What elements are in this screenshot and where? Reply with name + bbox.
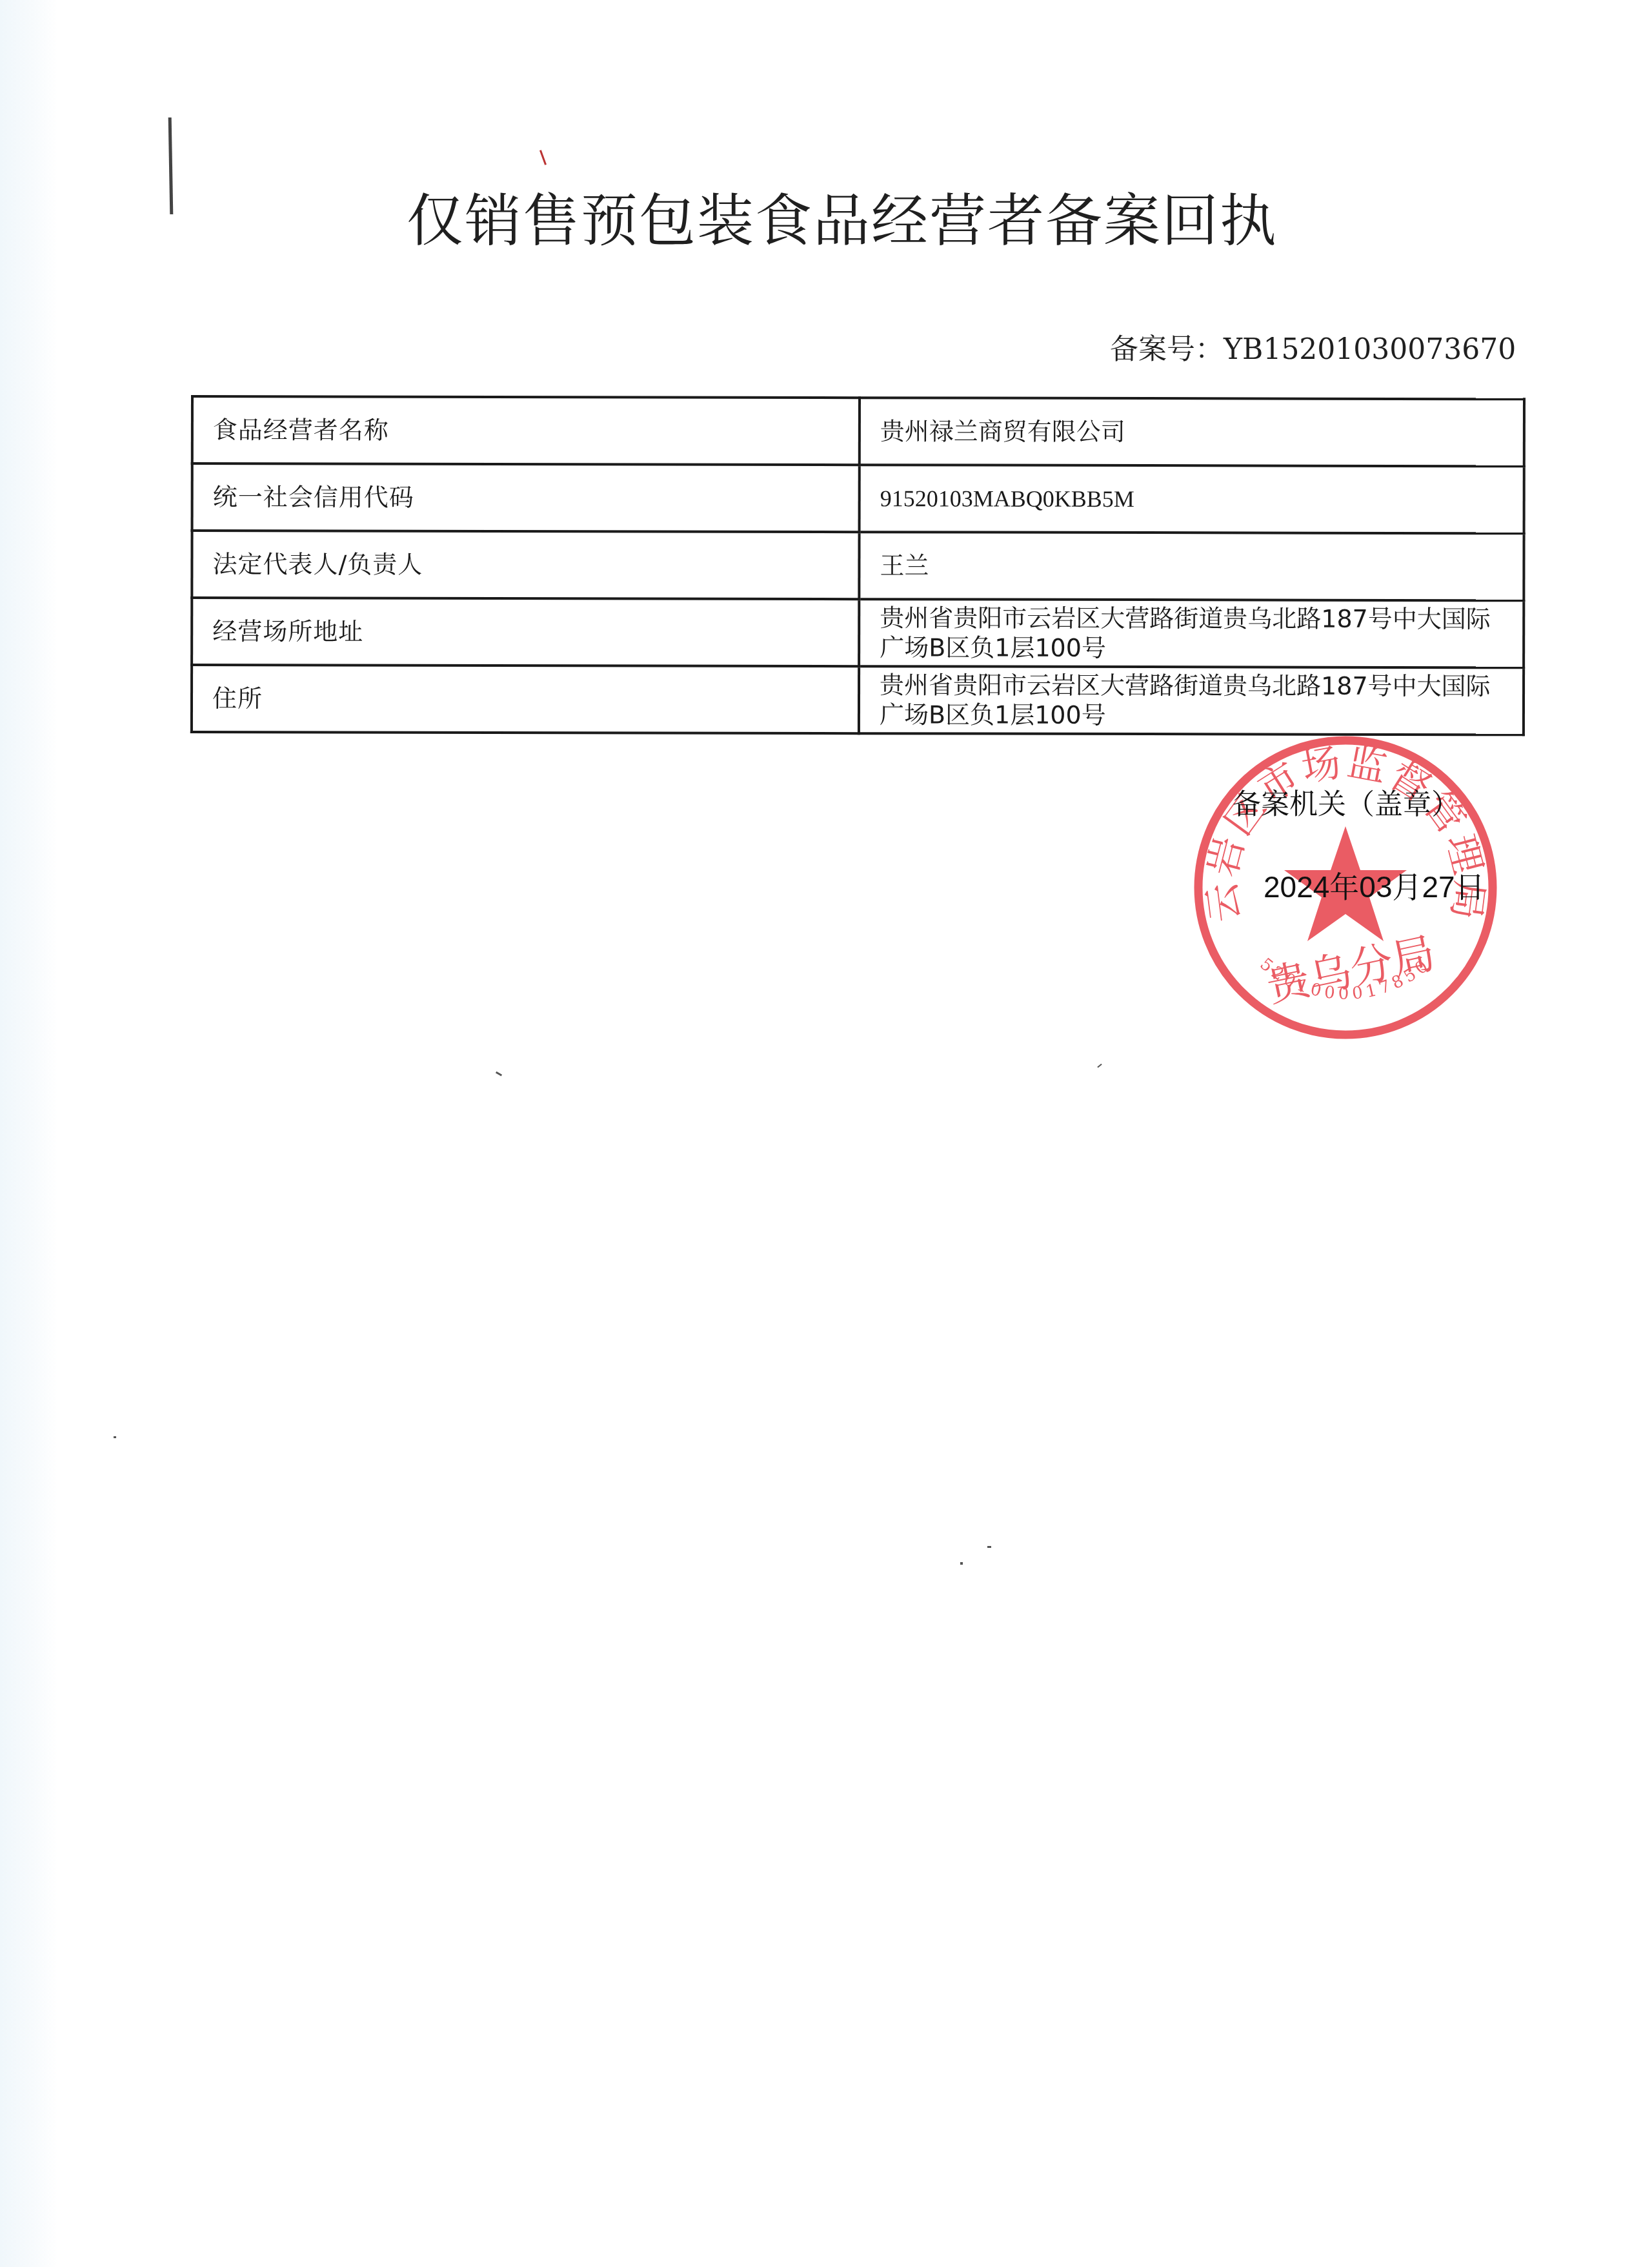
row-key: 法定代表人/负责人 xyxy=(192,531,859,599)
scan-speck xyxy=(496,1072,502,1077)
row-key: 经营场所地址 xyxy=(192,598,859,666)
table-row: 法定代表人/负责人 王兰 xyxy=(192,531,1524,600)
scan-speck xyxy=(1097,1064,1102,1068)
record-number: 备案号：YB15201030073670 xyxy=(1110,326,1516,367)
row-value: 王兰 xyxy=(859,532,1524,600)
table-row: 经营场所地址 贵州省贵阳市云岩区大营路街道贵乌北路187号中大国际广场B区负1层… xyxy=(192,598,1524,667)
row-value: 贵州禄兰商贸有限公司 xyxy=(860,398,1524,466)
document-title: 仅销售预包装食品经营者备案回执 xyxy=(0,176,1652,257)
info-table: 食品经营者名称 贵州禄兰商贸有限公司 统一社会信用代码 91520103MABQ… xyxy=(190,395,1526,736)
table-row: 统一社会信用代码 91520103MABQ0KBB5M xyxy=(192,463,1524,533)
row-value: 贵州省贵阳市云岩区大营路街道贵乌北路187号中大国际广场B区负1层100号 xyxy=(859,599,1524,667)
table-row: 住所 贵州省贵阳市云岩区大营路街道贵乌北路187号中大国际广场B区负1层100号 xyxy=(192,665,1524,735)
record-number-value: YB15201030073670 xyxy=(1224,333,1516,366)
row-key: 食品经营者名称 xyxy=(192,396,860,465)
scan-speck xyxy=(960,1562,963,1565)
record-number-label: 备案号： xyxy=(1110,333,1224,366)
row-key: 住所 xyxy=(192,665,859,733)
scan-edge xyxy=(0,0,58,2267)
row-value: 91520103MABQ0KBB5M xyxy=(860,465,1524,533)
scan-speck xyxy=(987,1546,991,1548)
scan-mark-red xyxy=(539,150,547,165)
scan-speck xyxy=(114,1436,116,1438)
filing-agency-label: 备案机关（盖章） xyxy=(1233,781,1460,822)
row-value: 贵州省贵阳市云岩区大营路街道贵乌北路187号中大国际广场B区负1层100号 xyxy=(859,666,1524,735)
filing-date: 2024年03月27日 xyxy=(1264,864,1485,906)
row-key: 统一社会信用代码 xyxy=(192,463,860,532)
table-row: 食品经营者名称 贵州禄兰商贸有限公司 xyxy=(192,396,1524,466)
